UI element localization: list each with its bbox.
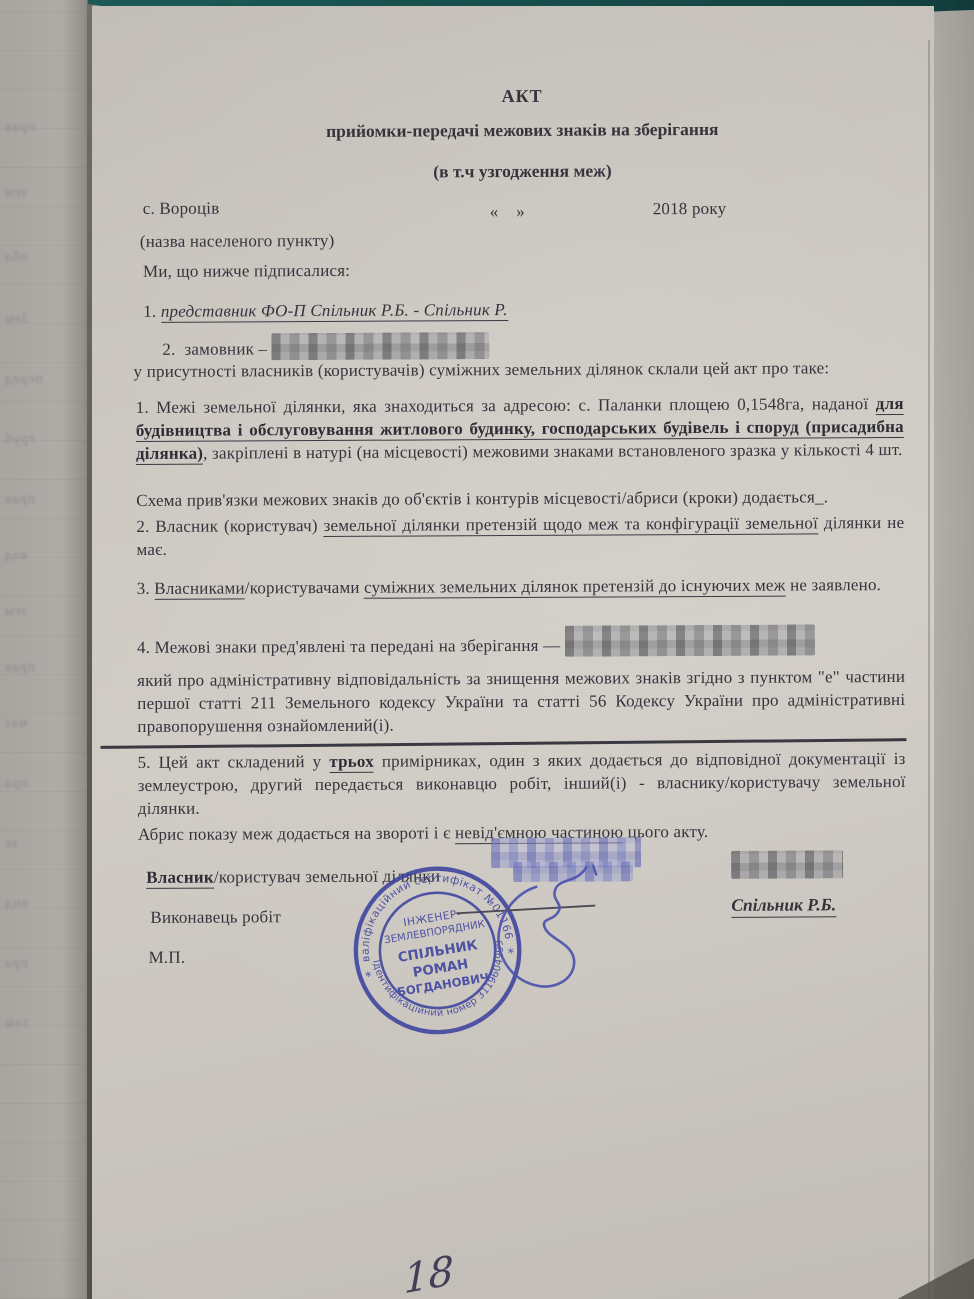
signature-line bbox=[456, 906, 595, 914]
doc-subtitle: прийомки-передачі межових знаків на збер… bbox=[142, 118, 902, 143]
ghost-text: прав bbox=[4, 659, 36, 676]
settlement-name: с. Вороців bbox=[143, 197, 220, 220]
ghost-text: прав bbox=[4, 119, 36, 136]
clause-4-start: 4. Межові знаки пред'явлені та передані … bbox=[137, 636, 565, 657]
party-2-number: 2. bbox=[162, 340, 175, 359]
doc-title: АКТ bbox=[142, 84, 902, 109]
clause-3-mid: /користувачами bbox=[245, 578, 364, 598]
clause-1: 1. Межі земельної ділянки, яка знаходить… bbox=[136, 392, 904, 465]
clause-1-end: , закріплені в натурі (на місцевості) ме… bbox=[203, 440, 903, 463]
ghost-text: вид bbox=[4, 896, 29, 913]
ghost-text: перед bbox=[4, 371, 43, 388]
presence-line: у присутності власників (користувачів) с… bbox=[133, 356, 903, 383]
ghost-text: обл bbox=[4, 250, 28, 267]
clause-2-start: 2. Власник (користувач) bbox=[136, 516, 323, 536]
owner-label-bold: Власник bbox=[146, 868, 214, 889]
signature-tick bbox=[593, 866, 596, 875]
pen-signature bbox=[423, 823, 764, 1015]
party-1-number: 1. bbox=[143, 302, 156, 321]
clause-2: 2. Власник (користувач) земельної ділянк… bbox=[136, 511, 904, 561]
photo-right-shade bbox=[934, 0, 974, 1299]
intro-line: Ми, що нижче підписалися: bbox=[143, 259, 350, 283]
ghost-text: пра bbox=[4, 956, 28, 973]
stamp-star-left: * bbox=[364, 969, 373, 985]
ghost-text: прав bbox=[4, 491, 36, 508]
ghost-text: зе bbox=[4, 836, 18, 852]
clause-1-start: 1. Межі земельної ділянки, яка знаходить… bbox=[136, 394, 876, 417]
ghost-text: зем bbox=[4, 185, 28, 202]
signature-stroke bbox=[498, 868, 587, 987]
ghost-text: труб bbox=[4, 431, 36, 448]
ghost-text: вод bbox=[4, 548, 28, 565]
clause-4-responsibility: який про адміністративну відповідальніст… bbox=[137, 665, 905, 738]
clause-3-number: 3. bbox=[137, 579, 155, 598]
clause-3-underlined-1: Власниками bbox=[154, 578, 245, 599]
abris-start: Абрис показу меж додається на звороті і … bbox=[138, 823, 455, 844]
clause-3: 3. Власниками/користувачами суміжних зем… bbox=[137, 573, 905, 600]
party-1: 1. представник ФО-П Спільник Р.Б. - Спіл… bbox=[143, 298, 508, 323]
year: 2018 року bbox=[653, 197, 727, 220]
underlying-page-strip: прав зем обл Зем перед труб прав вод зем… bbox=[0, 0, 88, 1299]
date-quotes: « » bbox=[490, 200, 525, 223]
handwritten-page-number: 18 bbox=[404, 1248, 454, 1299]
ghost-text: пра bbox=[4, 776, 28, 793]
clause-5-start: 5. Цей акт складений у bbox=[138, 752, 330, 772]
party-2: 2. замовник – bbox=[162, 332, 489, 361]
clause-3-end: не заявлено. bbox=[786, 575, 882, 594]
redacted-client-name bbox=[272, 332, 490, 360]
clause-3-underlined-2: суміжних земельних ділянок претензій до … bbox=[364, 576, 786, 599]
party-1-name: представник ФО-П Спільник Р.Б. - Спільни… bbox=[161, 300, 508, 323]
ghost-text: тем bbox=[4, 1016, 29, 1033]
document-photo: прав зем обл Зем перед труб прав вод зем… bbox=[0, 0, 974, 1299]
clause-5: 5. Цей акт складений у трьох примірниках… bbox=[138, 747, 906, 820]
clause-5-copies: трьох bbox=[329, 752, 374, 773]
redacted-keeper-name bbox=[565, 624, 815, 656]
executor-label: Виконавець робіт bbox=[150, 905, 281, 929]
clause-4: 4. Межові знаки пред'явлені та передані … bbox=[137, 624, 905, 659]
ghost-text: мат bbox=[4, 716, 28, 733]
document-content: АКТ прийомки-передачі межових знаків на … bbox=[89, 4, 938, 1299]
settlement-caption: (назва населеного пункту) bbox=[140, 229, 335, 253]
doc-subtitle-2: (в т.ч узгодження меж) bbox=[142, 159, 902, 184]
ghost-text: зем bbox=[4, 604, 28, 621]
clause-1-scheme: Схема прив'язки межових знаків до об'єкт… bbox=[136, 485, 904, 512]
stamp-place-label: М.П. bbox=[149, 946, 186, 969]
paper-sheet: АКТ прийомки-передачі межових знаків на … bbox=[92, 6, 934, 1299]
ghost-text: Зем bbox=[4, 312, 30, 329]
party-2-label: замовник – bbox=[184, 339, 267, 358]
clause-2-underlined: земельної ділянки претензій щодо меж та … bbox=[323, 513, 818, 537]
